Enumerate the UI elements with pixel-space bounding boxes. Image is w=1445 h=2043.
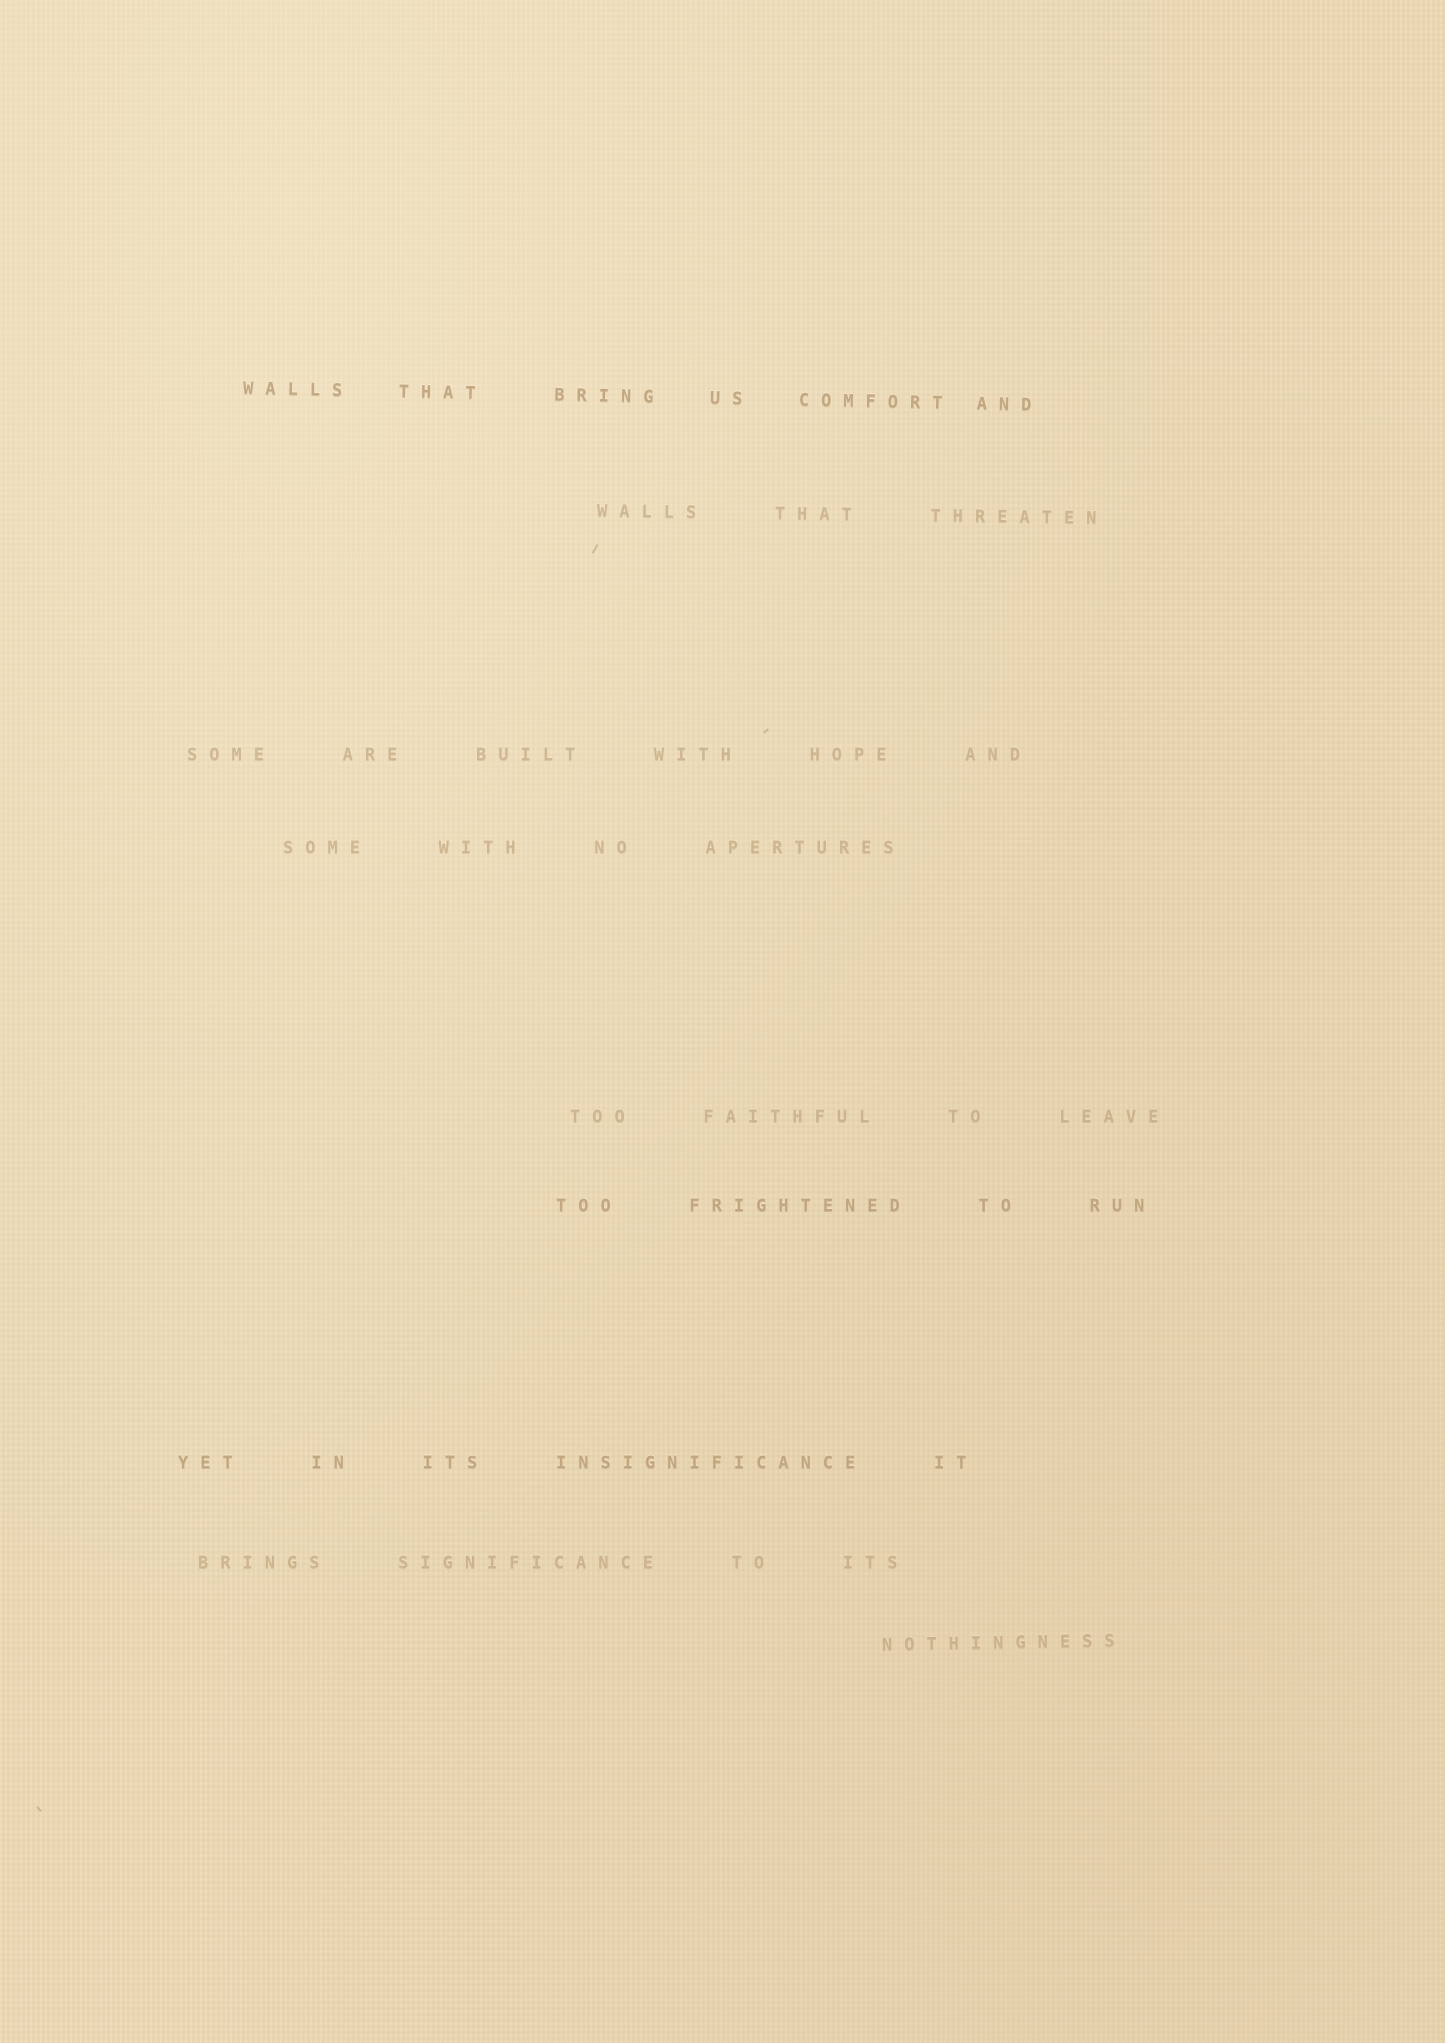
poem-line-5: TOO FAITHFUL TO LEAVE xyxy=(570,1107,1170,1127)
paper-speck xyxy=(592,544,599,554)
poem-line-9: NOTHINGNESS xyxy=(882,1631,1127,1655)
paper-speck xyxy=(763,728,769,733)
poem-line-6: TOO FRIGHTENED TO RUN xyxy=(556,1196,1156,1216)
poem-line-2: WALLS THAT THREATEN xyxy=(597,501,1109,528)
typed-paper-sheet: WALLS THAT BRING US COMFORT AND WALLS TH… xyxy=(0,0,1445,2043)
poem-line-7: YET IN ITS INSIGNIFICANCE IT xyxy=(178,1453,978,1473)
paper-speck xyxy=(36,1806,41,1812)
poem-line-3: SOME ARE BUILT WITH HOPE AND xyxy=(187,745,1032,765)
poem-line-8: BRINGS SIGNIFICANCE TO ITS xyxy=(198,1553,910,1573)
poem-line-4: SOME WITH NO APERTURES xyxy=(283,838,906,858)
poem-line-1: WALLS THAT BRING US COMFORT AND xyxy=(243,379,1044,416)
